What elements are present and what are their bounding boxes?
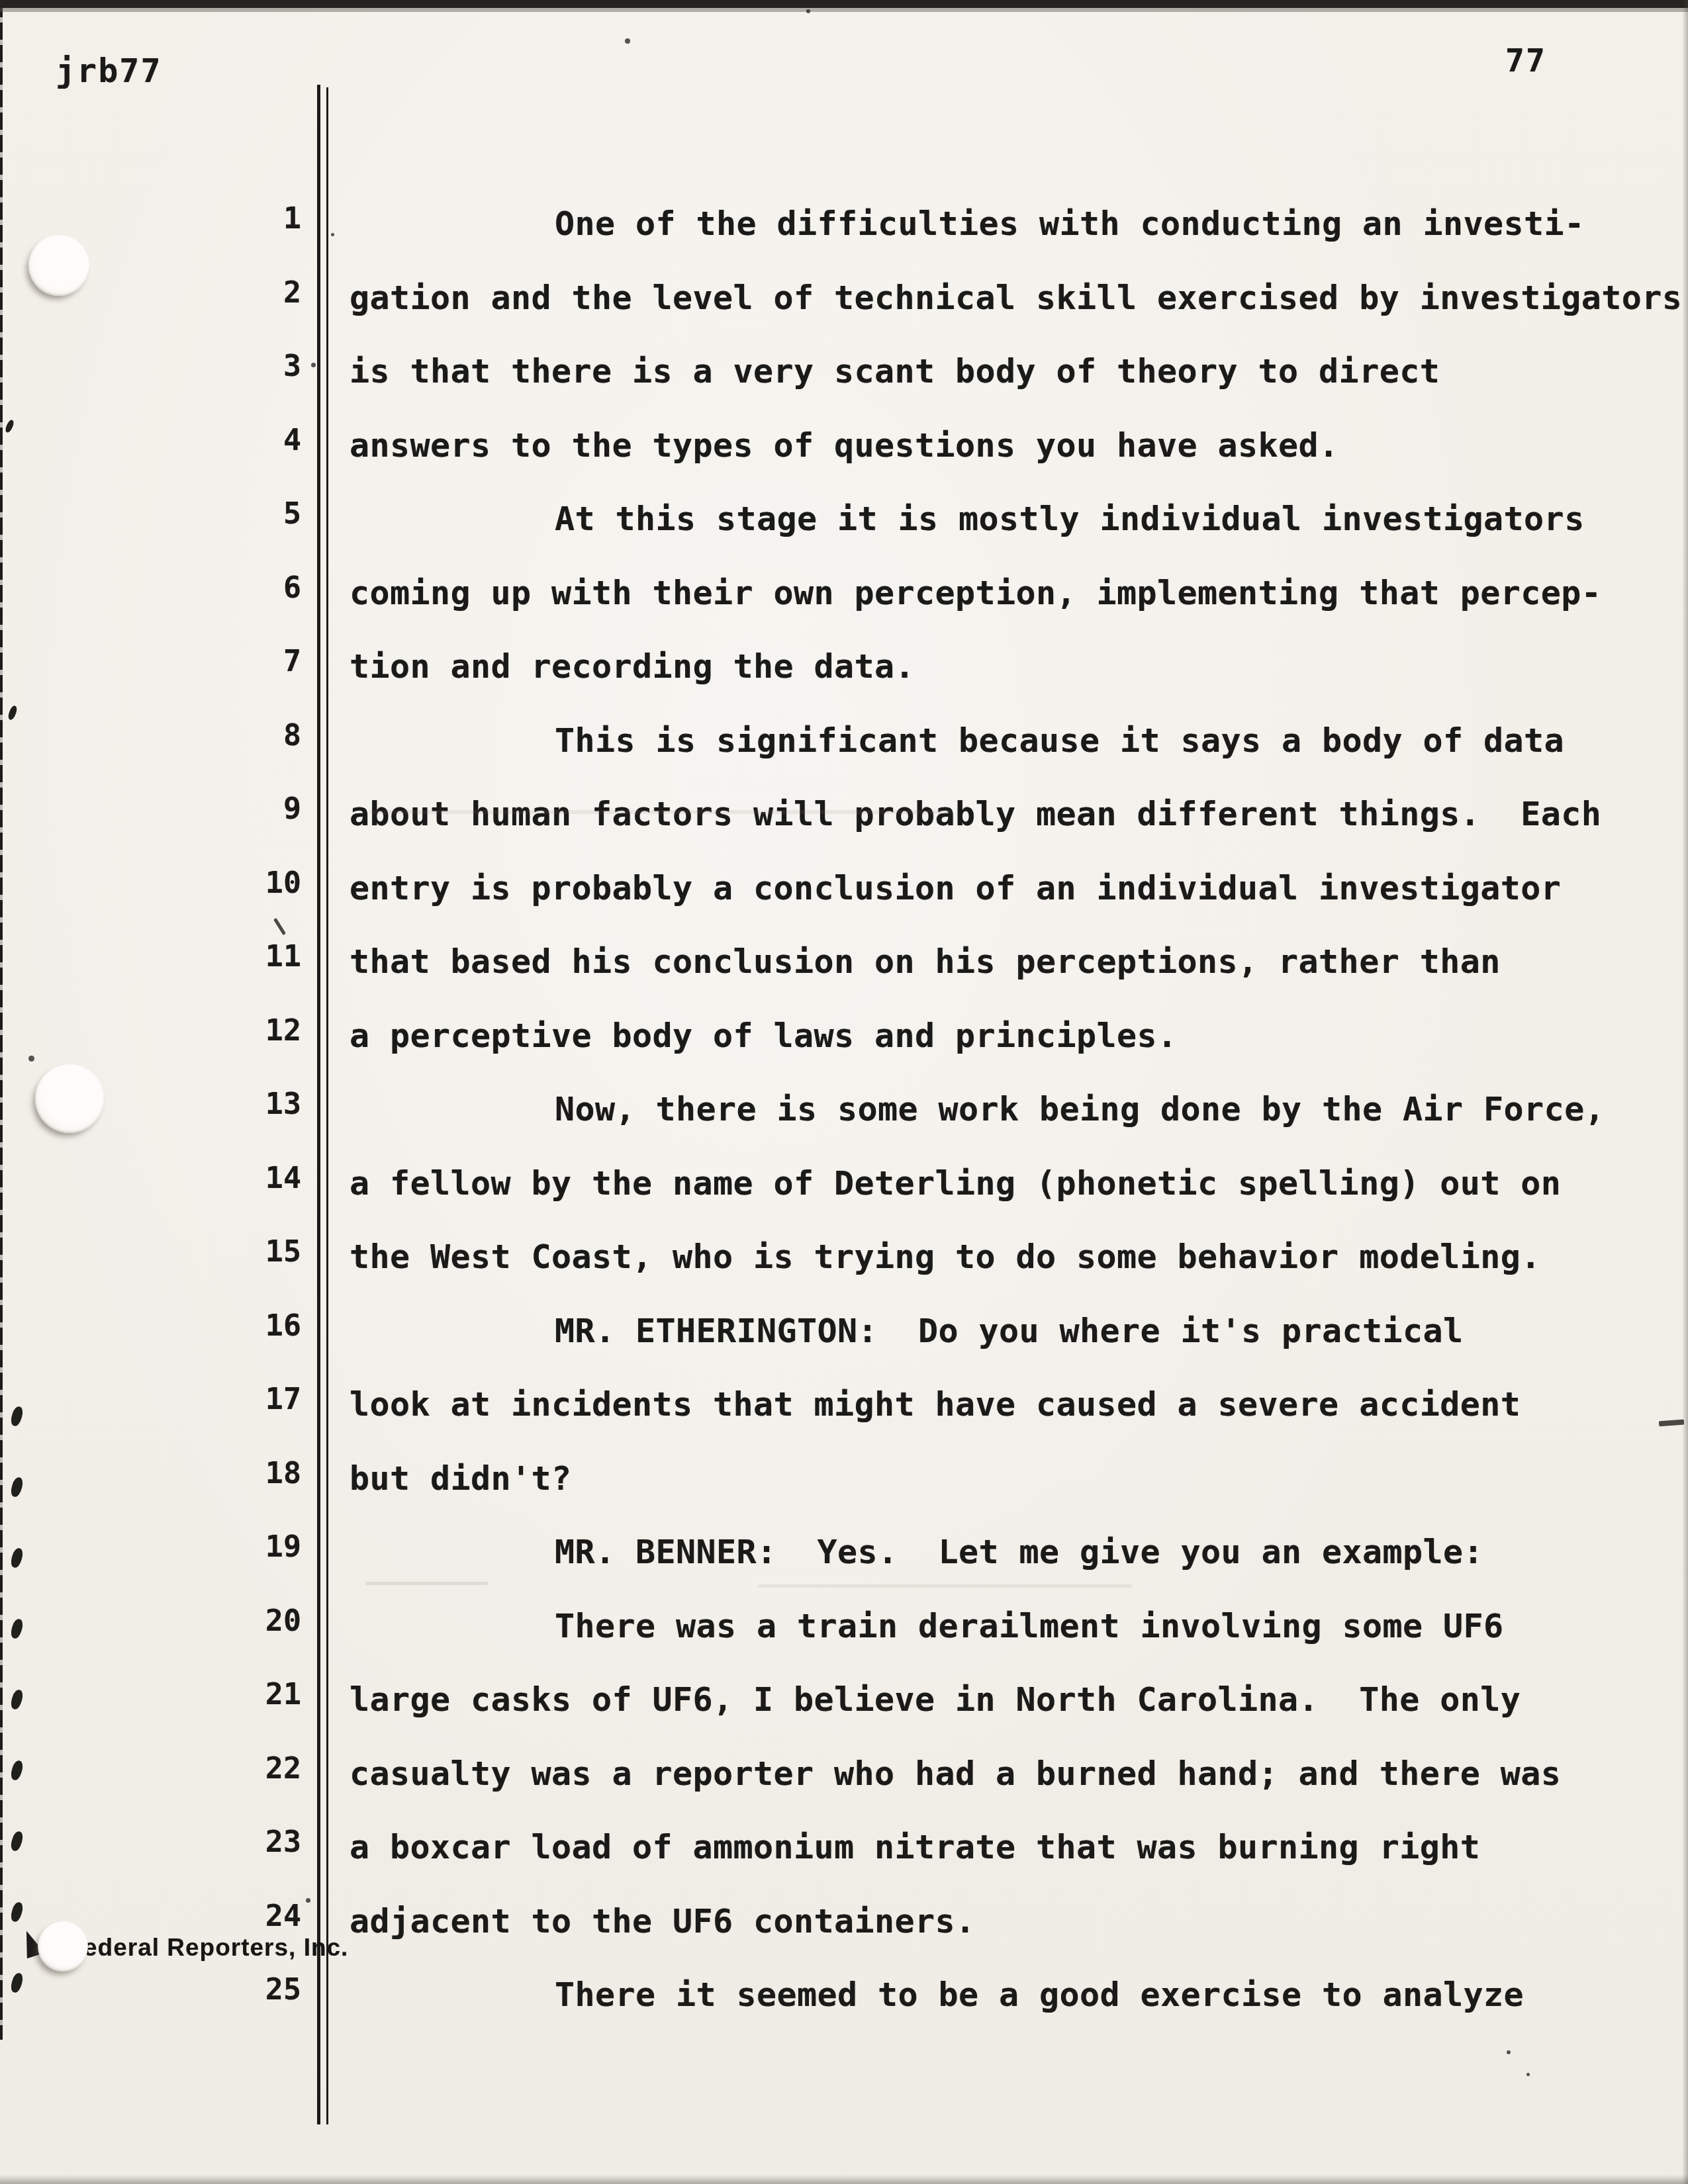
line-text: large casks of UF6, I believe in North C…	[350, 1680, 1521, 1719]
transcript-line: 16MR. ETHERINGTON: Do you where it's pra…	[0, 1308, 1688, 1349]
transcript-line: 14a fellow by the name of Deterling (pho…	[0, 1160, 1688, 1201]
transcript-line: 23a boxcar load of ammonium nitrate that…	[0, 1824, 1688, 1865]
scan-smudge	[369, 810, 952, 814]
line-number: 15	[169, 1234, 301, 1269]
scan-speck	[311, 363, 316, 367]
scan-smudge	[758, 1584, 1132, 1588]
line-text: MR. BENNER: Yes. Let me give you an exam…	[555, 1533, 1483, 1571]
transcript-line: 19MR. BENNER: Yes. Let me give you an ex…	[0, 1529, 1688, 1570]
transcript-line: 13Now, there is some work being done by …	[0, 1086, 1688, 1127]
line-text: casualty was a reporter who had a burned…	[350, 1754, 1561, 1793]
margin-dash-mark	[1659, 1420, 1684, 1427]
hole-punch-top	[28, 235, 89, 296]
line-text: MR. ETHERINGTON: Do you where it's pract…	[555, 1312, 1464, 1350]
line-text: There it seemed to be a good exercise to…	[555, 1976, 1524, 2014]
line-text: answers to the types of questions you ha…	[350, 426, 1339, 465]
line-number: 4	[169, 422, 301, 457]
transcript-line: 18but didn't?	[0, 1455, 1688, 1496]
line-text: but didn't?	[350, 1459, 572, 1498]
line-number: 7	[169, 643, 301, 678]
line-text: coming up with their own perception, imp…	[350, 574, 1601, 612]
line-number: 18	[169, 1455, 301, 1490]
line-number: 22	[169, 1751, 301, 1786]
line-text: that based his conclusion on his percept…	[350, 942, 1501, 981]
line-text: There was a train derailment involving s…	[555, 1607, 1504, 1645]
line-number: 13	[169, 1086, 301, 1121]
transcript-line: 24adjacent to the UF6 containers.	[0, 1898, 1688, 1939]
line-text: One of the difficulties with conducting …	[555, 205, 1585, 243]
line-text: entry is probably a conclusion of an ind…	[350, 869, 1561, 907]
line-text: about human factors will probably mean d…	[350, 795, 1601, 833]
line-number: 5	[169, 496, 301, 531]
line-text: Now, there is some work being done by th…	[555, 1090, 1605, 1128]
hole-punch-bottom	[38, 1921, 88, 1972]
line-text: This is significant because it says a bo…	[555, 721, 1564, 760]
transcript-line: 2gation and the level of technical skill…	[0, 275, 1688, 316]
scan-edge-bottom	[0, 2175, 1688, 2184]
typist-page-code: jrb77	[56, 52, 162, 90]
transcript-line: 4answers to the types of questions you h…	[0, 422, 1688, 463]
line-number: 1	[169, 201, 301, 236]
transcript-line: 1One of the difficulties with conducting…	[0, 201, 1688, 242]
line-number: 25	[169, 1972, 301, 2007]
line-text: adjacent to the UF6 containers.	[350, 1902, 976, 1940]
line-number: 24	[169, 1898, 301, 1933]
line-text: a fellow by the name of Deterling (phone…	[350, 1164, 1561, 1203]
line-number: 21	[169, 1676, 301, 1711]
transcript-line: 11that based his conclusion on his perce…	[0, 938, 1688, 979]
scan-speck	[28, 1056, 34, 1062]
transcript-line: 8This is significant because it says a b…	[0, 717, 1688, 758]
line-text: a perceptive body of laws and principles…	[350, 1017, 1178, 1055]
line-text: the West Coast, who is trying to do some…	[350, 1238, 1541, 1276]
line-text: tion and recording the data.	[350, 647, 915, 686]
scan-smudge	[365, 1582, 488, 1585]
line-number: 23	[169, 1824, 301, 1859]
line-text: At this stage it is mostly individual in…	[555, 500, 1585, 538]
transcript-line: 7tion and recording the data.	[0, 643, 1688, 684]
line-text: look at incidents that might have caused…	[350, 1385, 1521, 1424]
transcript-line: 22casualty was a reporter who had a burn…	[0, 1751, 1688, 1792]
scan-speck	[306, 1898, 310, 1903]
hole-punch-middle	[35, 1064, 104, 1133]
scan-edge-top-shadow	[0, 8, 1688, 12]
line-number: 8	[169, 717, 301, 752]
reporter-firm-label: ederal Reporters, Inc.	[83, 1934, 348, 1962]
page-number: 77	[1505, 42, 1546, 79]
line-number: 16	[169, 1308, 301, 1343]
scan-speck	[1507, 2050, 1511, 2054]
line-number: 14	[169, 1160, 301, 1195]
transcript-line: 15the West Coast, who is trying to do so…	[0, 1234, 1688, 1275]
scan-speck	[625, 38, 630, 44]
transcript-line: 21large casks of UF6, I believe in North…	[0, 1676, 1688, 1717]
line-text: is that there is a very scant body of th…	[350, 352, 1440, 390]
line-number: 11	[169, 938, 301, 974]
scan-speck	[331, 233, 334, 236]
transcript-line: 10entry is probably a conclusion of an i…	[0, 865, 1688, 906]
line-number: 17	[169, 1381, 301, 1416]
transcript-line: 5At this stage it is mostly individual i…	[0, 496, 1688, 537]
transcript-line: 25There it seemed to be a good exercise …	[0, 1972, 1688, 2013]
line-number: 6	[169, 570, 301, 605]
line-number: 9	[169, 791, 301, 826]
line-number: 10	[169, 865, 301, 900]
transcript-line: 12a perceptive body of laws and principl…	[0, 1013, 1688, 1054]
scan-speck	[1526, 2073, 1530, 2076]
line-number: 3	[169, 348, 301, 383]
transcript-line: 6coming up with their own perception, im…	[0, 570, 1688, 611]
scan-edge-top	[0, 0, 1688, 8]
transcript-line: 20There was a train derailment involving…	[0, 1603, 1688, 1644]
line-text: gation and the level of technical skill …	[350, 279, 1682, 317]
transcript-line: 3is that there is a very scant body of t…	[0, 348, 1688, 389]
pencil-mark	[273, 918, 286, 935]
line-number: 19	[169, 1529, 301, 1564]
scan-speck	[806, 9, 810, 13]
line-text: a boxcar load of ammonium nitrate that w…	[350, 1828, 1480, 1866]
line-number: 20	[169, 1603, 301, 1638]
transcript-page: jrb77 77 1One of the difficulties with c…	[0, 0, 1688, 2184]
transcript-line: 17look at incidents that might have caus…	[0, 1381, 1688, 1422]
line-number: 12	[169, 1013, 301, 1048]
line-number: 2	[169, 275, 301, 310]
